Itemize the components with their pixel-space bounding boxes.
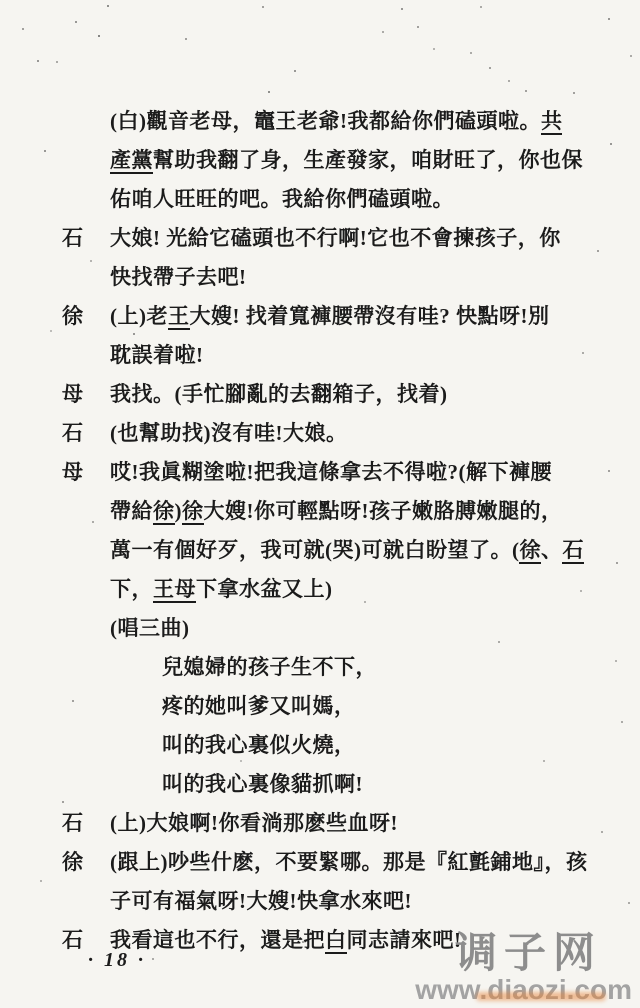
speaker-label: 徐 bbox=[62, 297, 83, 336]
dialogue-entry: 徐(跟上)吵些什麽，不要緊哪。那是『紅氈鋪地』，孩子可有福氣呀!大嫂!快拿水來吧… bbox=[0, 843, 640, 921]
dialogue-line: 母哎!我眞糊塗啦!把我這條拿去不得啦?(解下褲腰 bbox=[0, 453, 640, 492]
dialogue-line: 產黨幫助我翻了身，生產發家，咱財旺了，你也保 bbox=[0, 141, 640, 180]
dialogue-text: 哎!我眞糊塗啦!把我這條拿去不得啦?(解下褲腰 bbox=[110, 460, 552, 484]
dialogue-text: 下， bbox=[110, 577, 153, 601]
dialogue-text: (也幫助找)沒有哇!大娘。 bbox=[110, 421, 347, 445]
dialogue-entry: 母哎!我眞糊塗啦!把我這條拿去不得啦?(解下褲腰帶給徐)徐大嫂!你可輕點呀!孩子… bbox=[0, 453, 640, 609]
speaker-label: 徐 bbox=[62, 843, 83, 882]
dialogue-entry: 石(上)大娘啊!你看淌那麽些血呀! bbox=[0, 804, 640, 843]
dialogue-entry: 石大娘! 光給它磕頭也不行啊!它也不會揀孩子，你快找帶子去吧! bbox=[0, 219, 640, 297]
verse-line: 疼的她叫爹又叫媽， bbox=[0, 687, 640, 726]
dialogue-line: 石(上)大娘啊!你看淌那麽些血呀! bbox=[0, 804, 640, 843]
dialogue-text: 萬一有個好歹，我可就(哭)可就白盼望了。( bbox=[110, 538, 519, 562]
speaker-label: 石 bbox=[62, 219, 83, 258]
proper-name-underline: 白 bbox=[325, 928, 347, 954]
verse-line: 叫的我心裏似火燒， bbox=[0, 726, 640, 765]
speaker-label: 母 bbox=[62, 375, 83, 414]
scanned-script-page: (白)觀音老母，竈王老爺!我都給你們磕頭啦。共產黨幫助我翻了身，生產發家，咱財旺… bbox=[0, 0, 640, 1008]
dialogue-line: 母我找。(手忙腳亂的去翻箱子，找着) bbox=[0, 375, 640, 414]
dialogue-text: 我找。(手忙腳亂的去翻箱子，找着) bbox=[110, 382, 448, 406]
dialogue-text: 帶給 bbox=[110, 499, 153, 523]
dialogue-text: 疼的她叫爹又叫媽， bbox=[162, 694, 356, 718]
dialogue-line: 石大娘! 光給它磕頭也不行啊!它也不會揀孩子，你 bbox=[0, 219, 640, 258]
dialogue-text: 下拿水盆又上) bbox=[196, 577, 333, 601]
proper-name-underline: 王母 bbox=[153, 577, 196, 603]
verse-line: 叫的我心裏像貓抓啊! bbox=[0, 765, 640, 804]
dialogue-line: 佑咱人旺旺的吧。我給你們磕頭啦。 bbox=[0, 180, 640, 219]
dialogue-text: (唱三曲) bbox=[110, 616, 190, 640]
verse-line: 兒媳婦的孩子生不下， bbox=[0, 648, 640, 687]
script-dialogue: (白)觀音老母，竈王老爺!我都給你們磕頭啦。共產黨幫助我翻了身，生產發家，咱財旺… bbox=[0, 102, 640, 960]
speaker-label: 石 bbox=[62, 804, 83, 843]
dialogue-text: 兒媳婦的孩子生不下， bbox=[162, 655, 377, 679]
dialogue-line: 石(也幫助找)沒有哇!大娘。 bbox=[0, 414, 640, 453]
proper-name-underline: 石 bbox=[562, 538, 584, 564]
dialogue-text: 子可有福氣呀!大嫂!快拿水來吧! bbox=[110, 889, 412, 913]
proper-name-underline: 共 bbox=[541, 109, 563, 135]
dialogue-text: ) bbox=[175, 499, 183, 523]
dialogue-text: 耽誤着啦! bbox=[110, 343, 204, 367]
dialogue-line: 下，王母下拿水盆又上) bbox=[0, 570, 640, 609]
dialogue-text: 叫的我心裏似火燒， bbox=[162, 733, 356, 757]
dialogue-text: 快找帶子去吧! bbox=[110, 265, 247, 289]
dialogue-text: (跟上)吵些什麽，不要緊哪。那是『紅氈鋪地』，孩 bbox=[110, 850, 587, 874]
dialogue-text: 幫助我翻了身，生產發家，咱財旺了，你也保 bbox=[153, 148, 583, 172]
dialogue-line: 耽誤着啦! bbox=[0, 336, 640, 375]
proper-name-underline: 產黨 bbox=[110, 148, 153, 174]
dialogue-entry: 兒媳婦的孩子生不下，疼的她叫爹又叫媽，叫的我心裏似火燒，叫的我心裏像貓抓啊! bbox=[0, 648, 640, 804]
dialogue-text: 大娘! 光給它磕頭也不行啊!它也不會揀孩子，你 bbox=[110, 226, 561, 250]
dialogue-text: 、 bbox=[541, 538, 563, 562]
speaker-label: 石 bbox=[62, 414, 83, 453]
dialogue-text: 大嫂!你可輕點呀!孩子嫩胳膊嫩腿的， bbox=[204, 499, 563, 523]
dialogue-entry: 母我找。(手忙腳亂的去翻箱子，找着) bbox=[0, 375, 640, 414]
watermark: 调子网 www.diaozi.com bbox=[415, 931, 632, 1004]
dialogue-text: (上)老 bbox=[110, 304, 168, 328]
proper-name-underline: 徐 bbox=[182, 499, 204, 525]
dialogue-line: 萬一有個好歹，我可就(哭)可就白盼望了。(徐、石 bbox=[0, 531, 640, 570]
dialogue-line: 子可有福氣呀!大嫂!快拿水來吧! bbox=[0, 882, 640, 921]
dialogue-line: 徐(跟上)吵些什麽，不要緊哪。那是『紅氈鋪地』，孩 bbox=[0, 843, 640, 882]
proper-name-underline: 徐 bbox=[519, 538, 541, 564]
watermark-orange-smudge bbox=[476, 992, 606, 1001]
page-number: · 18 · bbox=[88, 949, 146, 972]
dialogue-entry: 石(也幫助找)沒有哇!大娘。 bbox=[0, 414, 640, 453]
scan-noise-specks bbox=[0, 0, 2, 2]
speaker-label: 石 bbox=[62, 921, 83, 960]
dialogue-entry: 徐(上)老王大嫂! 找着寬褲腰帶沒有哇? 快點呀!別耽誤着啦! bbox=[0, 297, 640, 375]
dialogue-text: (上)大娘啊!你看淌那麽些血呀! bbox=[110, 811, 398, 835]
dialogue-line: 快找帶子去吧! bbox=[0, 258, 640, 297]
proper-name-underline: 徐 bbox=[153, 499, 175, 525]
dialogue-line: (白)觀音老母，竈王老爺!我都給你們磕頭啦。共 bbox=[0, 102, 640, 141]
proper-name-underline: 王 bbox=[168, 304, 190, 330]
dialogue-text: 叫的我心裏像貓抓啊! bbox=[162, 772, 363, 796]
dialogue-line: (唱三曲) bbox=[0, 609, 640, 648]
dialogue-line: 徐(上)老王大嫂! 找着寬褲腰帶沒有哇? 快點呀!別 bbox=[0, 297, 640, 336]
dialogue-line: 帶給徐)徐大嫂!你可輕點呀!孩子嫩胳膊嫩腿的， bbox=[0, 492, 640, 531]
dialogue-text: 佑咱人旺旺的吧。我給你們磕頭啦。 bbox=[110, 187, 454, 211]
speaker-label: 母 bbox=[62, 453, 83, 492]
dialogue-text: 大嫂! 找着寬褲腰帶沒有哇? 快點呀!別 bbox=[190, 304, 550, 328]
dialogue-entry: (白)觀音老母，竈王老爺!我都給你們磕頭啦。共產黨幫助我翻了身，生產發家，咱財旺… bbox=[0, 102, 640, 219]
dialogue-text: (白)觀音老母，竈王老爺!我都給你們磕頭啦。 bbox=[110, 109, 541, 133]
dialogue-entry: (唱三曲) bbox=[0, 609, 640, 648]
watermark-site-name: 调子网 bbox=[415, 931, 602, 975]
